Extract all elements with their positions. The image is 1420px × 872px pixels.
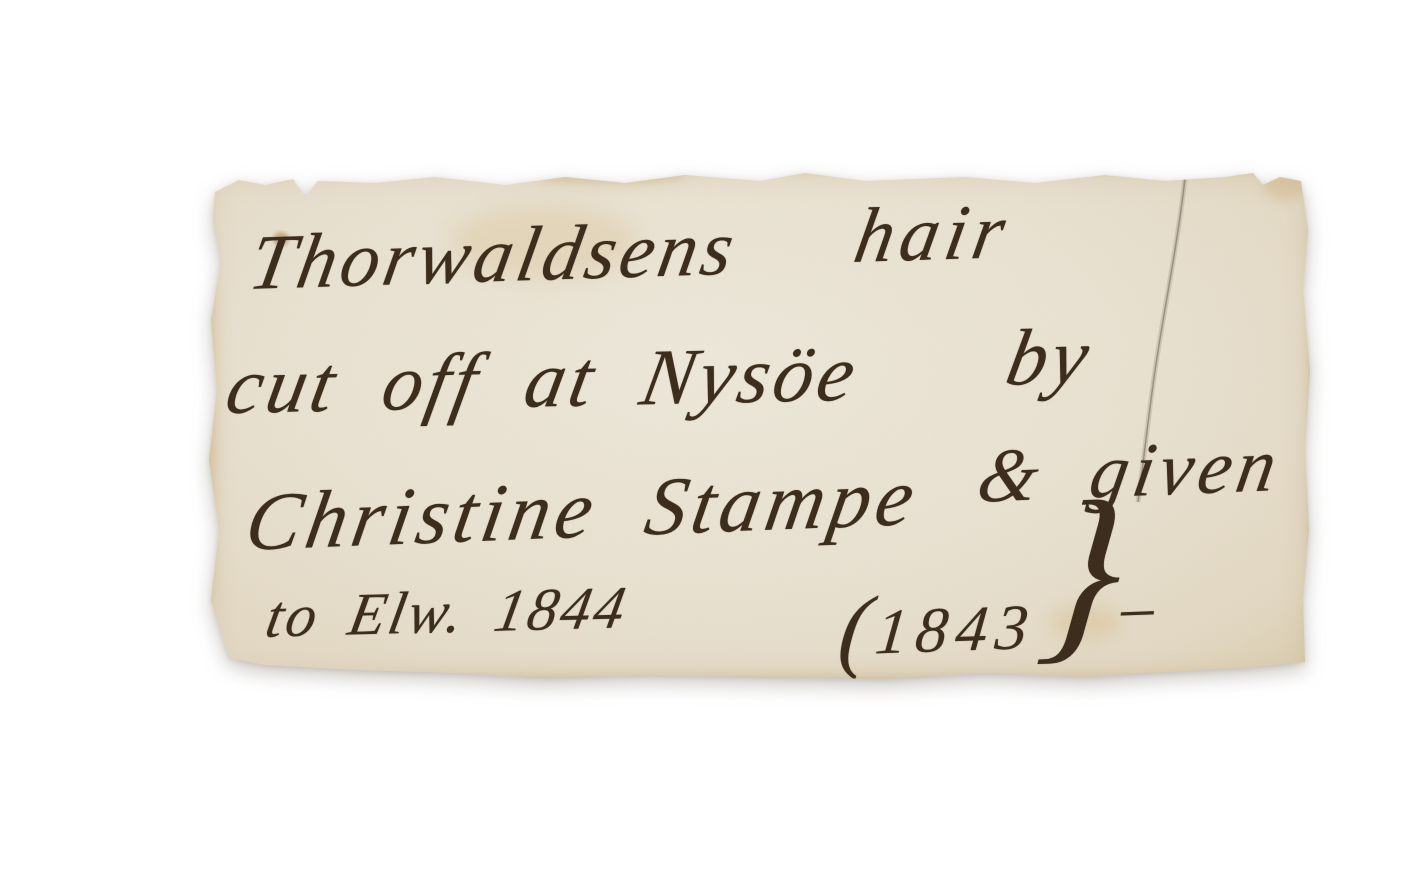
scan-background: Thorwaldsenshair cut off at Nysöeby Chri… xyxy=(0,0,1420,872)
open-parenthesis: ( xyxy=(835,585,875,674)
handwritten-text: hair xyxy=(849,192,1017,275)
handwritten-text: to Elw. 1844 xyxy=(261,577,633,647)
handwritten-text: by xyxy=(1000,317,1099,399)
closing-brace-flourish: } xyxy=(1033,473,1132,669)
corner-tint xyxy=(1263,168,1307,200)
year-text: 1843 xyxy=(873,595,1040,665)
handwriting-line-2: cut off at Nysöeby xyxy=(220,329,1097,427)
handwriting-line-1: Thorwaldsenshair xyxy=(244,200,1016,302)
trailing-dash: ‒ xyxy=(1119,575,1158,640)
handwriting-line-4: to Elw. 1844 xyxy=(261,577,633,647)
top-edge-tint xyxy=(535,168,685,184)
date-annotation: ( 1843 } ‒ xyxy=(835,472,1168,676)
note-paper: Thorwaldsenshair cut off at Nysöeby Chri… xyxy=(205,170,1312,682)
handwritten-text: Thorwaldsens xyxy=(244,208,744,302)
left-edge-tint xyxy=(200,230,215,610)
note-paper-wrapper: Thorwaldsenshair cut off at Nysöeby Chri… xyxy=(205,170,1312,682)
handwritten-text: Christine Stampe xyxy=(240,456,925,564)
handwritten-text: cut off at Nysöe xyxy=(220,334,865,428)
